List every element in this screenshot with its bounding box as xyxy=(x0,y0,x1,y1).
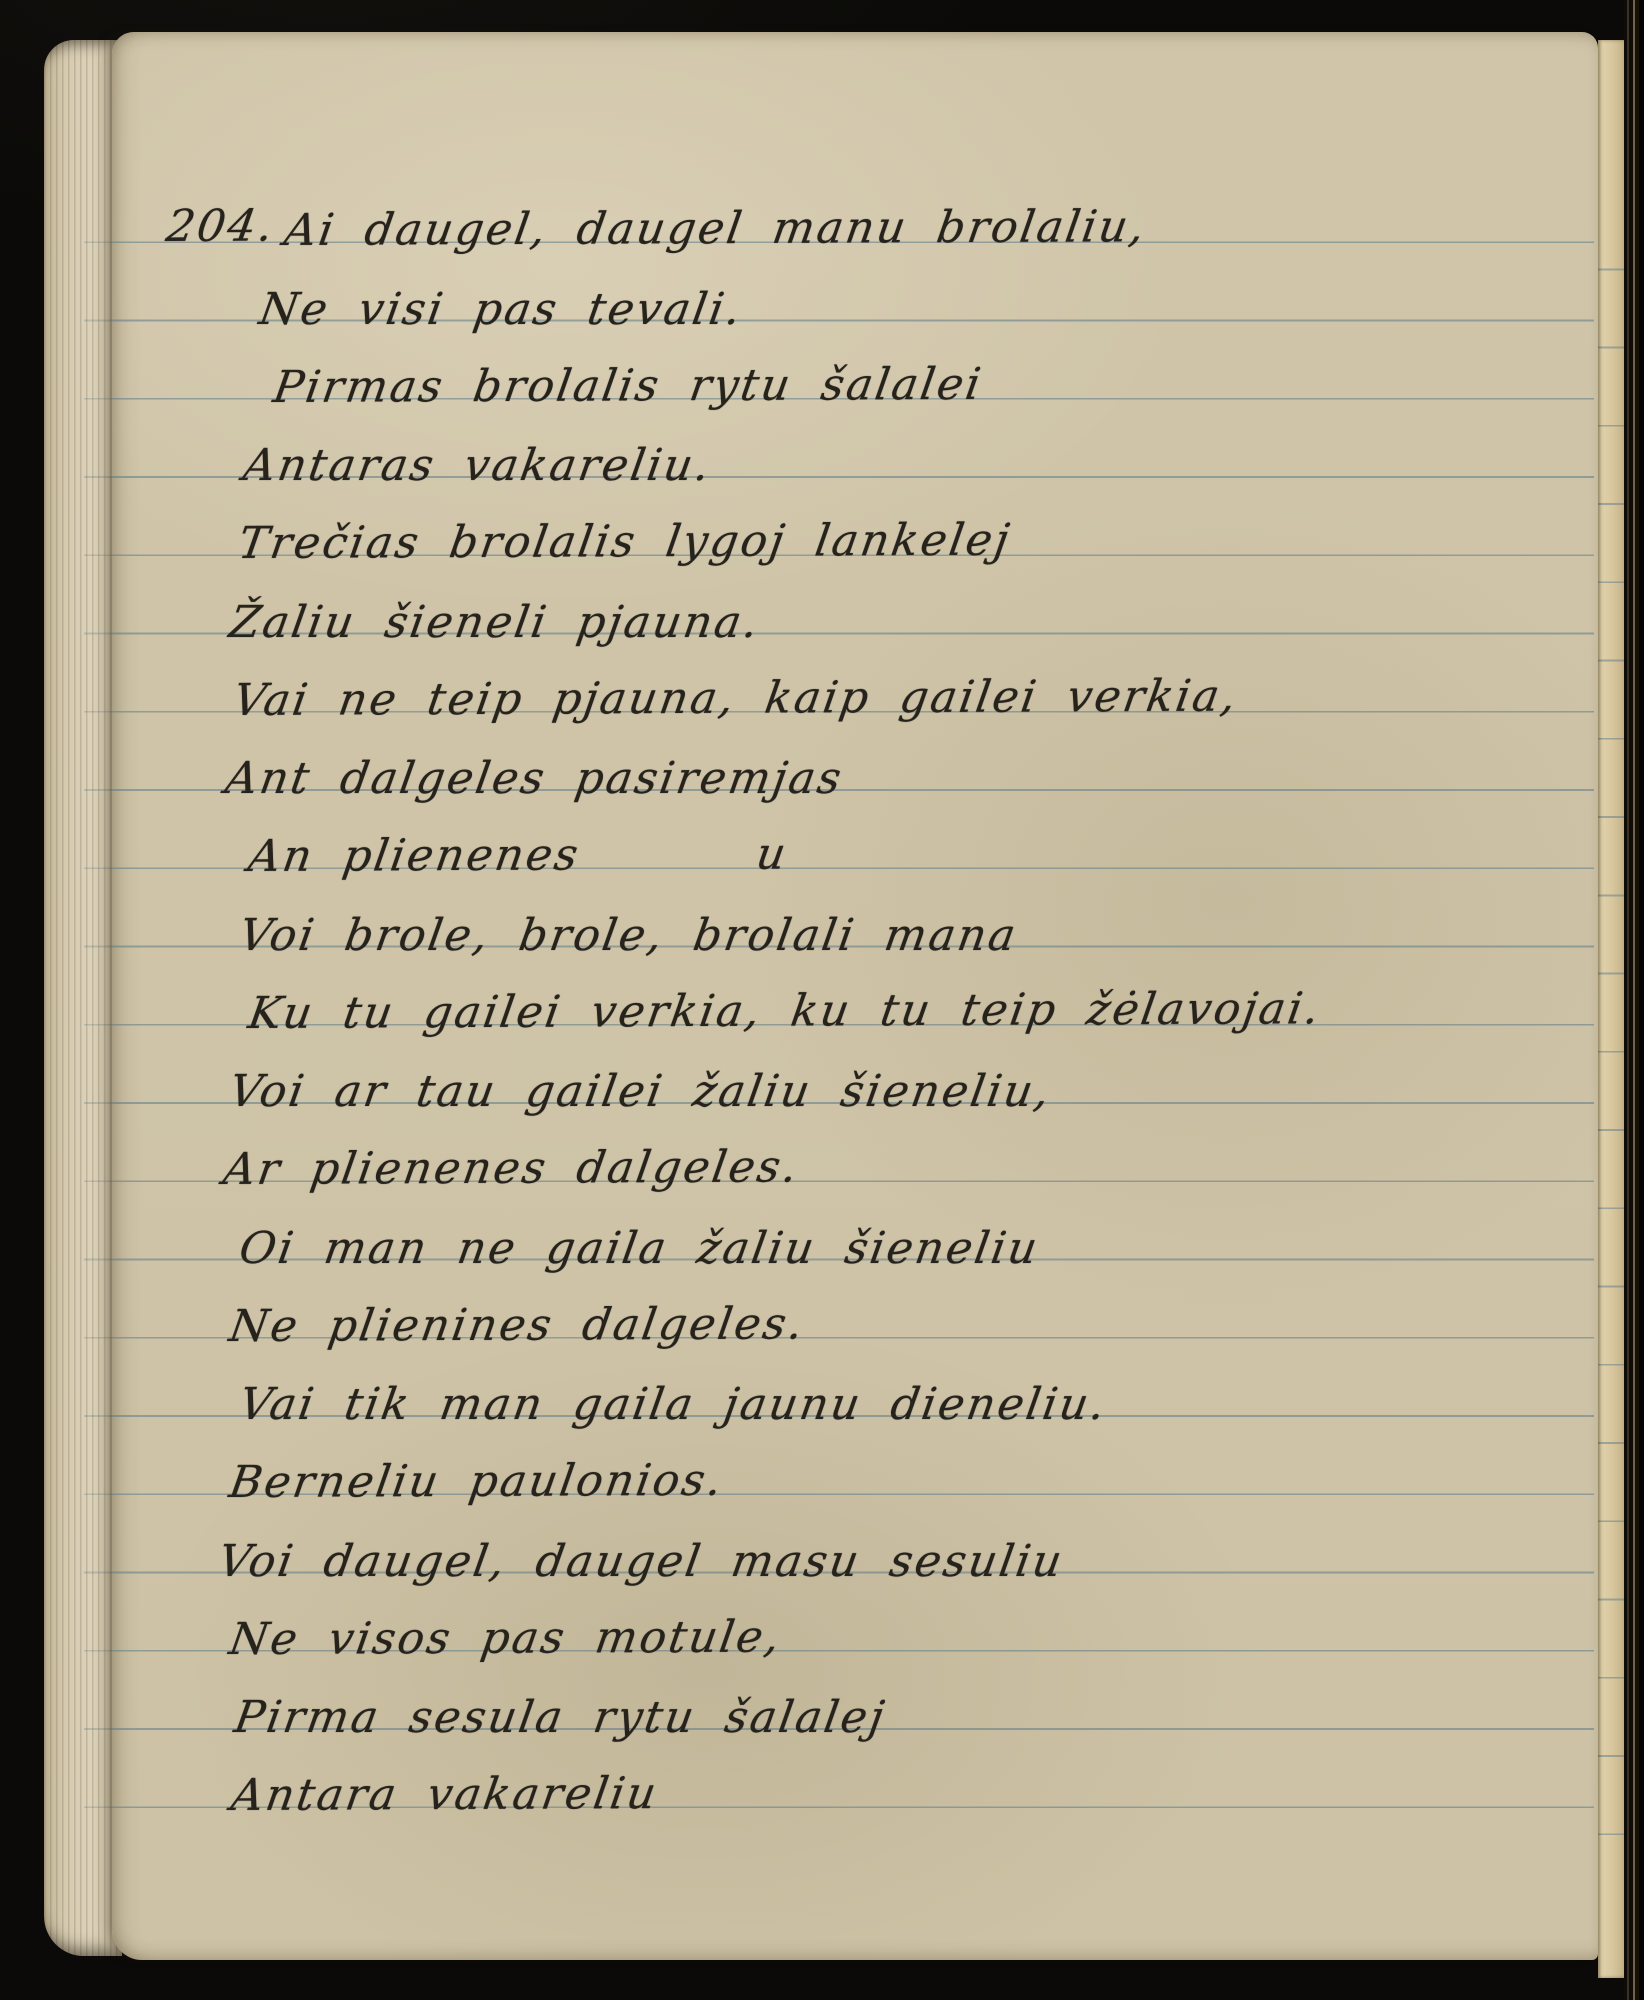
manuscript-line: Trečias brolalis lygoj lankelej xyxy=(112,478,1598,556)
manuscript-line: 204. Ai daugel, daugel manu brolaliu, xyxy=(112,165,1598,243)
handwriting-block: 204. Ai daugel, daugel manu brolaliu, Ne… xyxy=(112,165,1598,1808)
manuscript-line: Antaras vakareliu. xyxy=(112,400,1598,478)
binding-gutter xyxy=(1624,0,1644,2000)
manuscript-line: Ne visos pas motule, xyxy=(112,1574,1598,1652)
edge-line-ticks xyxy=(84,165,114,1809)
manuscript-line: An plienenes u xyxy=(112,791,1598,869)
manuscript-line: Vai tik man gaila jaunu dieneliu. xyxy=(112,1339,1598,1417)
manuscript-line: Oi man ne gaila žaliu šieneliu xyxy=(112,1182,1598,1260)
manuscript-line: Voi ar tau gailei žaliu šieneliu, xyxy=(112,1026,1598,1104)
manuscript-line: Ne plienines dalgeles. xyxy=(112,1261,1598,1339)
adjacent-page-strip xyxy=(1598,40,1624,1978)
manuscript-line: Voi daugel, daugel masu sesuliu xyxy=(112,1495,1598,1573)
manuscript-line: Ar plienenes dalgeles. xyxy=(112,1104,1598,1182)
manuscript-line: Žaliu šieneli pjauna. xyxy=(112,556,1598,634)
manuscript-line: Antara vakareliu xyxy=(112,1730,1598,1808)
manuscript-line: Pirma sesula rytu šalalej xyxy=(112,1652,1598,1730)
line-text: Antara vakareliu xyxy=(228,1768,662,1821)
manuscript-line: Voi brole, brole, brolali mana xyxy=(112,869,1598,947)
notebook-scan: 204. Ai daugel, daugel manu brolaliu, Ne… xyxy=(0,0,1644,2000)
manuscript-line: Ne visi pas tevali. xyxy=(112,243,1598,321)
manuscript-line: Ant dalgeles pasiremjas xyxy=(112,713,1598,791)
manuscript-page: 204. Ai daugel, daugel manu brolaliu, Ne… xyxy=(112,32,1598,1960)
manuscript-line: Ku tu gailei verkia, ku tu teip žėlavoja… xyxy=(112,948,1598,1026)
manuscript-line: Pirmas brolalis rytu šalalei xyxy=(112,322,1598,400)
manuscript-line: Berneliu paulonios. xyxy=(112,1417,1598,1495)
manuscript-line: Vai ne teip pjauna, kaip gailei verkia, xyxy=(112,635,1598,713)
